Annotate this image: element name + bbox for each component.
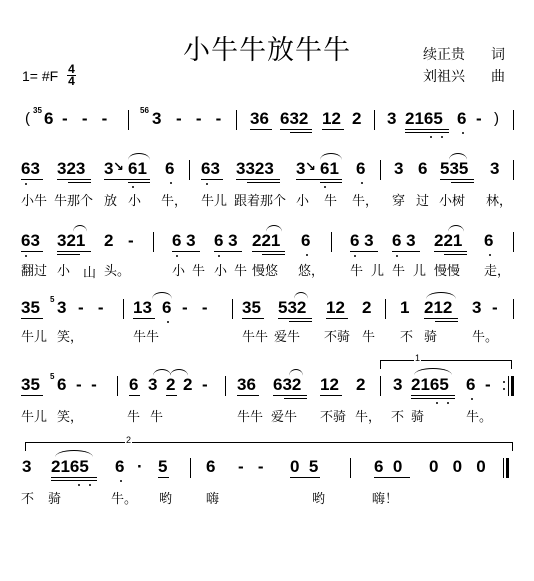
lyricist-credit: 续正贵词: [423, 44, 465, 64]
note: 6: [57, 376, 66, 394]
barline: [123, 299, 124, 319]
note: 3: [387, 110, 396, 128]
barline: [236, 110, 237, 130]
note-group: 36: [250, 110, 269, 128]
note: 6: [165, 160, 174, 178]
note: 6: [129, 376, 138, 394]
final-barline: [503, 458, 504, 478]
volta-number: 2: [125, 435, 132, 445]
lyric: 悠，: [298, 260, 324, 279]
lyric: 牛，: [355, 406, 381, 425]
underline: [166, 395, 177, 396]
lyric: 骑: [411, 406, 424, 425]
dash: -: [476, 110, 482, 128]
underline: [247, 182, 280, 183]
note: 3: [472, 299, 481, 317]
lyric: 不骑: [324, 326, 350, 345]
low-octave-dot: [176, 255, 178, 257]
underline: [21, 318, 43, 319]
underline: [128, 182, 150, 183]
note-group: 3323: [236, 160, 274, 178]
note: 2: [362, 299, 371, 317]
lyric: 跟着那个: [234, 190, 286, 209]
note: 2: [183, 376, 192, 394]
lyric: 牛。: [466, 406, 492, 425]
lyric: 牛。: [472, 326, 498, 345]
barline: [232, 299, 233, 319]
repeat-end-thick-bar: [511, 376, 514, 396]
key-signature: 1= #F: [22, 68, 58, 84]
note-group: 63: [21, 232, 40, 250]
underline: [392, 251, 420, 252]
underline: [374, 477, 410, 478]
underline: [51, 480, 97, 481]
underline: [405, 129, 449, 130]
slur: [152, 292, 172, 299]
underline: [21, 395, 43, 396]
note: 6: [162, 299, 171, 317]
note: 2: [352, 110, 361, 128]
underline: [57, 251, 91, 252]
low-octave-dot: [436, 402, 438, 404]
underline: [405, 132, 449, 133]
lyricist-name: 续正贵: [423, 47, 465, 63]
note: 2: [104, 232, 113, 250]
underline: [350, 251, 378, 252]
barline: [374, 110, 375, 130]
note-group: 61: [320, 160, 339, 178]
lyric: 牛。: [111, 488, 137, 507]
lyric: 小: [57, 260, 70, 279]
barline: [380, 376, 381, 396]
low-octave-dot: [354, 255, 356, 257]
note-group: 61: [128, 160, 147, 178]
underline: [129, 395, 140, 396]
lyric: 走，: [484, 260, 510, 279]
barline: [128, 110, 129, 130]
volta-bracket-1: 1: [380, 360, 512, 369]
barline: [513, 110, 514, 130]
underline: [21, 251, 43, 252]
lyric: 慢慢: [434, 260, 460, 279]
lyric: 翻过: [21, 260, 47, 279]
volta-number: 1: [414, 353, 421, 363]
lyric: 哟: [312, 488, 325, 507]
underline: [278, 318, 312, 319]
slur: [426, 292, 456, 299]
low-octave-dot: [120, 480, 122, 482]
barline: [380, 160, 381, 180]
barline: [513, 232, 514, 252]
composer-role: 曲: [491, 66, 505, 86]
low-octave-dot: [306, 254, 308, 256]
lyric: 小: [214, 260, 227, 279]
note: 6: [466, 376, 475, 394]
lyric: 哟: [159, 488, 172, 507]
lyric: 小牛: [21, 190, 47, 209]
grace-note: 5: [50, 296, 54, 304]
repeat-dot: [503, 388, 505, 390]
slur: [153, 369, 171, 376]
lyric: 牛，: [161, 190, 187, 209]
lyric: 儿: [413, 260, 426, 279]
lyric: 牛儿: [21, 406, 47, 425]
lyric: 牛牛: [237, 406, 263, 425]
note-group: 6 3: [392, 232, 416, 250]
underline: [172, 251, 200, 252]
note: 3: [394, 160, 403, 178]
underline: [435, 321, 458, 322]
repeat-dot: [503, 381, 505, 383]
note: 3: [148, 376, 157, 394]
lyric: 牛: [150, 406, 163, 425]
lyric: 不: [21, 488, 34, 507]
underline: [201, 179, 223, 180]
lyric: 小: [172, 260, 185, 279]
note-group: 323: [57, 160, 85, 178]
dashes: - - -: [176, 110, 221, 128]
lyric: 山: [83, 262, 96, 281]
rests: 0 0 0: [429, 458, 486, 476]
slur: [55, 450, 93, 457]
note-group: 632: [280, 110, 308, 128]
lyric: 牛: [350, 260, 363, 279]
lyric: 牛: [392, 260, 405, 279]
underline: [21, 179, 43, 180]
underline: [424, 318, 458, 319]
note: 6: [484, 232, 493, 250]
lyric: 牛那个: [54, 190, 93, 209]
note: 6: [206, 458, 215, 476]
lyric: 骑: [424, 326, 437, 345]
lyric: 牛牛: [242, 326, 268, 345]
low-octave-dot: [324, 186, 326, 188]
underline: [411, 398, 455, 399]
lyric: 笑，: [57, 406, 83, 425]
underline: [104, 179, 150, 180]
low-octave-dot: [471, 398, 473, 400]
low-octave-dot: [206, 183, 208, 185]
note: 5: [158, 458, 167, 476]
note-group: 35: [242, 299, 261, 317]
underline: [451, 182, 474, 183]
note-group: 212: [424, 299, 452, 317]
note: 3: [393, 376, 402, 394]
note-group: 36: [237, 376, 256, 394]
lyric: 小树: [439, 190, 465, 209]
underline: [444, 254, 467, 255]
grace-notes: 56: [140, 107, 149, 115]
barline: [350, 458, 351, 478]
score-line-6: 2 3 2165 6 · 5 6 - - 0 5 6 0 0 0 0 不 骑 牛…: [0, 458, 534, 528]
underline: [320, 395, 342, 396]
dashes: - -: [182, 299, 208, 317]
dashes: - - -: [62, 110, 107, 128]
lyric: 穿: [392, 190, 405, 209]
lyric: 牛牛: [133, 326, 159, 345]
underline: [158, 477, 169, 478]
underline: [214, 251, 242, 252]
dashes: - -: [78, 299, 104, 317]
dash: -: [128, 232, 134, 250]
lyric: 牛: [324, 190, 337, 209]
lyric: 放: [104, 190, 117, 209]
composer-credit: 刘祖兴曲: [423, 66, 465, 86]
slur: [128, 153, 150, 160]
note-group: 535: [440, 160, 468, 178]
lyric: 头。: [104, 260, 130, 279]
underline: [280, 129, 312, 130]
dashes: - -: [238, 458, 264, 476]
note: 3: [57, 299, 66, 317]
underline: [57, 179, 91, 180]
slur: [289, 369, 303, 376]
note-group: 321: [57, 232, 85, 250]
lyricist-role: 词: [491, 44, 505, 64]
glide-arrow-icon: ↘: [305, 158, 316, 176]
grace-notes: 35: [33, 107, 42, 115]
slur: [414, 368, 452, 375]
underline: [290, 477, 320, 478]
lyric: 骑: [48, 488, 61, 507]
note-group: 632: [273, 376, 301, 394]
underline: [273, 395, 307, 396]
note: 2: [356, 376, 365, 394]
score-line-2: 63 323 3 ↘ 61 6 63 3323 3 ↘ 61 6 3 6 535…: [0, 160, 534, 230]
low-octave-dot: [167, 321, 169, 323]
underline: [326, 318, 348, 319]
dashes: - -: [76, 376, 97, 394]
note-group: 0 5: [290, 458, 318, 476]
note-group: 532: [278, 299, 306, 317]
low-octave-dot: [447, 402, 449, 404]
low-octave-dot: [78, 484, 80, 486]
underline: [284, 398, 307, 399]
score-line-5: 1 35 5 6 - - 6 3 2 2 - 36 632 12 2 3 216…: [0, 376, 534, 446]
underline: [68, 182, 91, 183]
note: 3: [22, 458, 31, 476]
underline: [296, 179, 342, 180]
underline: [262, 254, 285, 255]
slur: [73, 225, 87, 232]
augmentation-dot: ·: [137, 458, 143, 476]
note-group: 2165: [411, 376, 449, 394]
low-octave-dot: [441, 136, 443, 138]
time-signature: 44: [67, 64, 76, 87]
lyric: 笑，: [57, 326, 83, 345]
time-denominator: 4: [67, 76, 76, 87]
lyric: 爱牛: [271, 406, 297, 425]
underline: [250, 129, 272, 130]
barline: [513, 160, 514, 180]
final-thick-bar: [506, 458, 509, 478]
note-group: 6 3: [172, 232, 196, 250]
slur: [449, 153, 467, 160]
dash: -: [492, 299, 498, 317]
lyric: 不骑: [320, 406, 346, 425]
note-group: 221: [252, 232, 280, 250]
underline: [434, 251, 467, 252]
lyric: 牛: [127, 406, 140, 425]
barline: [117, 376, 118, 396]
barline: [190, 458, 191, 478]
note-group: 6 0: [374, 458, 402, 476]
barline: [225, 376, 226, 396]
lyric: 嗨！: [372, 488, 398, 507]
low-octave-dot: [132, 186, 134, 188]
note-group: 12: [320, 376, 339, 394]
barline: [153, 232, 154, 252]
lyric: 不: [391, 406, 404, 425]
dash: -: [485, 376, 491, 394]
underline: [51, 477, 97, 478]
note: 1: [400, 299, 409, 317]
dash: -: [202, 376, 208, 394]
low-octave-dot: [361, 182, 363, 184]
grace-note: 5: [50, 373, 54, 381]
low-octave-dot: [25, 255, 27, 257]
low-octave-dot: [218, 255, 220, 257]
underline: [411, 395, 455, 396]
note-group: 63: [21, 160, 40, 178]
underline: [252, 251, 285, 252]
underline: [57, 254, 80, 255]
glide-arrow-icon: ↘: [113, 158, 124, 176]
lyric: 不: [400, 326, 413, 345]
low-octave-dot: [430, 136, 432, 138]
note-group: 13: [133, 299, 152, 317]
lyric: 牛，: [352, 190, 378, 209]
note: 6: [418, 160, 427, 178]
lyric: 小: [296, 190, 309, 209]
lyric: 嗨: [206, 488, 219, 507]
underline: [322, 129, 344, 130]
lyric: 林，: [486, 190, 512, 209]
paren-open: (: [25, 110, 30, 128]
slur: [448, 225, 464, 232]
note-group: 63: [201, 160, 220, 178]
note-group: 12: [326, 299, 345, 317]
barline: [513, 299, 514, 319]
lyric: 牛儿: [21, 326, 47, 345]
lyric: 牛: [362, 326, 375, 345]
lyric: 儿: [371, 260, 384, 279]
volta-bracket-2: 2: [25, 442, 513, 451]
underline: [133, 318, 155, 319]
low-octave-dot: [89, 484, 91, 486]
underline: [236, 179, 280, 180]
note-group: 6 3: [350, 232, 374, 250]
note: 6: [115, 458, 124, 476]
lyric: 牛儿: [201, 190, 227, 209]
low-octave-dot: [25, 183, 27, 185]
note-group: 12: [322, 110, 341, 128]
note: 6: [457, 110, 466, 128]
note: 6: [44, 110, 53, 128]
note: 6: [301, 232, 310, 250]
note-group: 35: [21, 376, 40, 394]
lyric: 慢悠: [252, 260, 278, 279]
paren-close: ): [494, 110, 499, 128]
note-group: 35: [21, 299, 40, 317]
slur: [266, 225, 282, 232]
underline: [320, 182, 342, 183]
lyric: 爱牛: [274, 326, 300, 345]
low-octave-dot: [462, 132, 464, 134]
note: 3: [490, 160, 499, 178]
score-line-3: 63 321 2 - 6 3 6 3 221 6 6 3 6 3 221 6 翻…: [0, 232, 534, 302]
slur: [170, 369, 188, 376]
underline: [289, 321, 312, 322]
lyric: 小: [128, 190, 141, 209]
low-octave-dot: [396, 255, 398, 257]
lyric: 牛: [192, 260, 205, 279]
note: 3: [152, 110, 161, 128]
barline: [385, 299, 386, 319]
underline: [242, 318, 264, 319]
underline: [237, 395, 259, 396]
note-group: 221: [434, 232, 462, 250]
low-octave-dot: [170, 182, 172, 184]
barline: [331, 232, 332, 252]
composer-name: 刘祖兴: [423, 69, 465, 85]
lyric: 牛: [234, 260, 247, 279]
underline: [290, 132, 312, 133]
slur: [294, 292, 308, 299]
note-group: 6 3: [214, 232, 238, 250]
underline: [440, 179, 474, 180]
note-group: 2165: [51, 458, 89, 476]
lyric: 过: [416, 190, 429, 209]
low-octave-dot: [489, 254, 491, 256]
note: 2: [166, 376, 175, 394]
score-line-4: 35 5 3 - - 13 6 - - 35 532 12 2 1 212 3 …: [0, 299, 534, 369]
note: 6: [356, 160, 365, 178]
repeat-barline: [508, 376, 509, 396]
note-group: 2165: [405, 110, 443, 128]
slur: [320, 153, 342, 160]
barline: [189, 160, 190, 180]
